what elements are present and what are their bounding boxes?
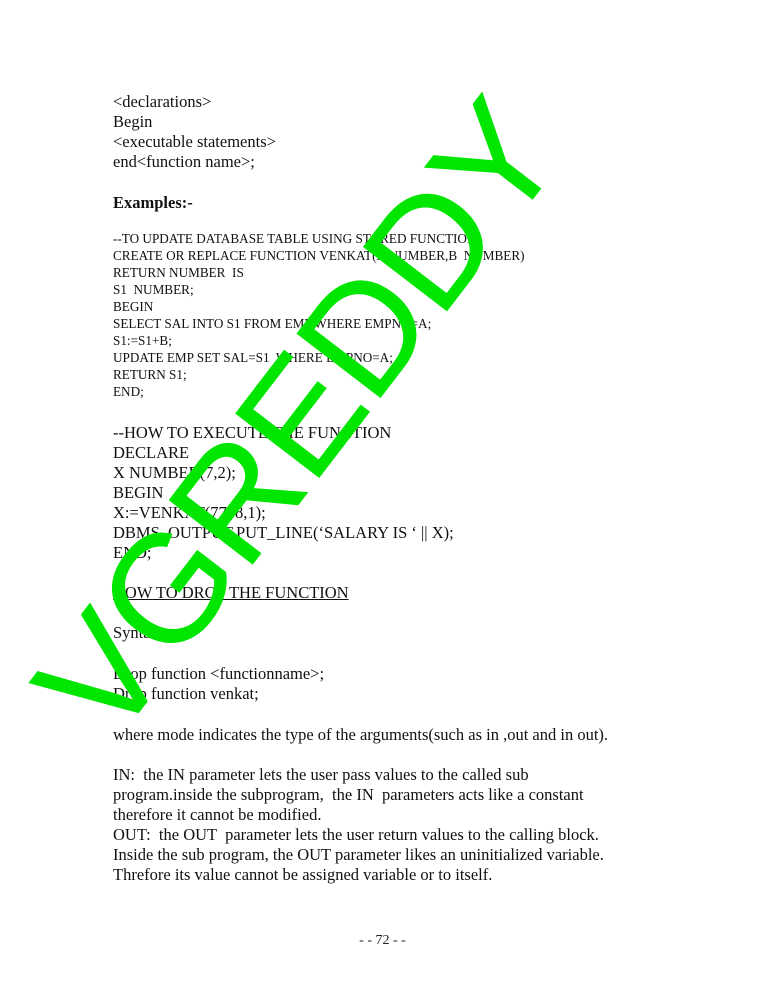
code-line: --HOW TO EXECUTE THE FUNCTION bbox=[113, 425, 391, 442]
code-line: END; bbox=[113, 545, 152, 562]
syntax-line: Begin bbox=[113, 114, 152, 131]
syntax-line: <declarations> bbox=[113, 94, 211, 111]
code-line: SELECT SAL INTO S1 FROM EMP WHERE EMPNO=… bbox=[113, 317, 431, 330]
document-page: <declarations> Begin <executable stateme… bbox=[0, 0, 765, 990]
examples-heading: Examples:- bbox=[113, 195, 193, 212]
code-line: S1:=S1+B; bbox=[113, 334, 172, 347]
drop-heading: HOW TO DROP THE FUNCTION bbox=[113, 585, 349, 602]
code-line: X:=VENKAT(7788,1); bbox=[113, 505, 266, 522]
code-line: UPDATE EMP SET SAL=S1 WHERE EMPNO=A; bbox=[113, 351, 393, 364]
drop-syntax-label: Syntax:- bbox=[113, 625, 169, 642]
mode-note: where mode indicates the type of the arg… bbox=[113, 727, 608, 744]
param-line: program.inside the subprogram, the IN pa… bbox=[113, 787, 584, 804]
param-line: IN: the IN parameter lets the user pass … bbox=[113, 767, 529, 784]
code-line: X NUMBER(7,2); bbox=[113, 465, 236, 482]
drop-syntax-line: Drop function venkat; bbox=[113, 686, 259, 703]
code-line: --TO UPDATE DATABASE TABLE USING STORED … bbox=[113, 232, 476, 245]
param-line: therefore it cannot be modified. bbox=[113, 807, 321, 824]
param-line: Inside the sub program, the OUT paramete… bbox=[113, 847, 604, 864]
code-line: BEGIN bbox=[113, 300, 153, 313]
page-number: - - 72 - - bbox=[0, 933, 765, 949]
code-line: END; bbox=[113, 385, 144, 398]
param-line: Threfore its value cannot be assigned va… bbox=[113, 867, 492, 884]
syntax-line: <executable statements> bbox=[113, 134, 276, 151]
drop-syntax-line: Drop function <functionname>; bbox=[113, 666, 324, 683]
syntax-line: end<function name>; bbox=[113, 154, 255, 171]
param-line: OUT: the OUT parameter lets the user ret… bbox=[113, 827, 599, 844]
code-line: DECLARE bbox=[113, 445, 189, 462]
code-line: CREATE OR REPLACE FUNCTION VENKAT(A NUMB… bbox=[113, 249, 525, 262]
code-line: S1 NUMBER; bbox=[113, 283, 194, 296]
code-line: DBMS_OUTPUT.PUT_LINE(‘SALARY IS ‘ || X); bbox=[113, 525, 454, 542]
code-line: RETURN NUMBER IS bbox=[113, 266, 244, 279]
code-line: RETURN S1; bbox=[113, 368, 187, 381]
code-line: BEGIN bbox=[113, 485, 163, 502]
